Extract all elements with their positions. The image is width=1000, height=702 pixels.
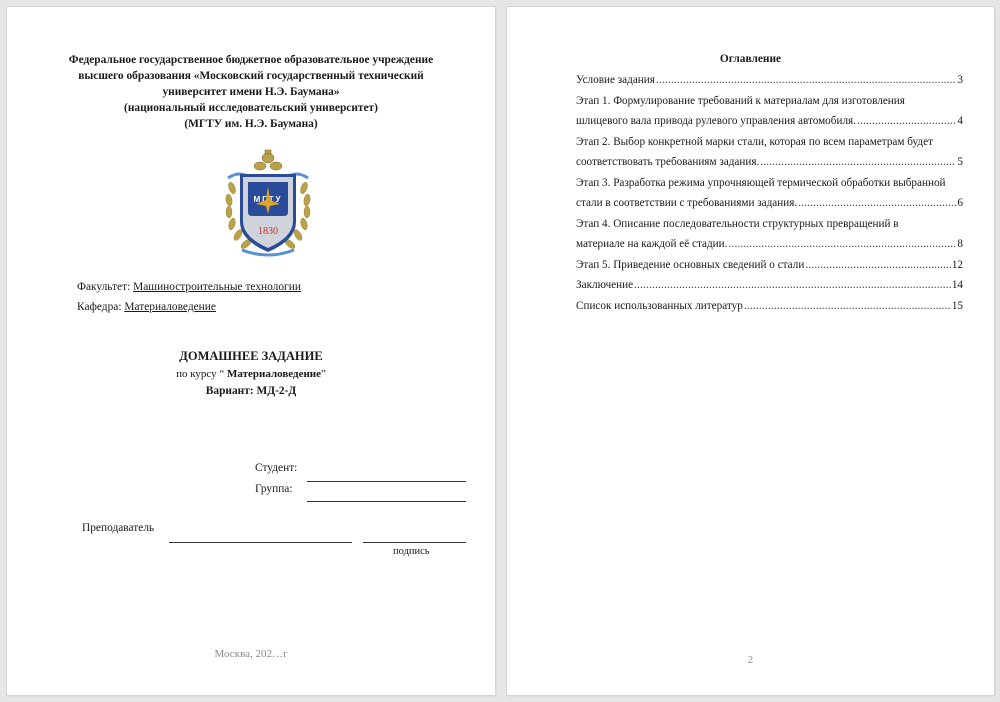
org-header-line: высшего образования «Московский государс… [7,68,495,84]
org-header-line: (национальный исследовательский универси… [7,100,495,116]
group-label: Группа: [255,483,293,495]
toc-entry-title-line: Этап 4. Описание последовательности стру… [576,214,963,235]
toc-entry[interactable]: Этап 3. Разработка режима упрочняющей те… [576,173,963,214]
toc-entry-title: Условие задания [576,70,655,91]
toc-entry-title-line: Этап 1. Формулирование требований к мате… [576,91,963,112]
course-suffix: ” [321,368,326,380]
toc-leader-dots: ........................................… [728,234,956,255]
toc-entry[interactable]: Заключение..............................… [576,275,963,296]
page-number: 2 [507,654,994,666]
student-name-line [307,481,466,482]
toc-leader-dots: ........................................… [805,255,950,276]
teacher-name-line [169,542,352,543]
toc-entry-title: стали в соответствии с требованиями зада… [576,193,797,214]
student-label: Студент: [255,462,297,474]
toc-entry-page: 5 [957,152,963,173]
assignment-title: ДОМАШНЕЕ ЗАДАНИЕ [7,349,495,364]
toc-entry[interactable]: Условие задания.........................… [576,70,963,91]
assignment-variant: Вариант: МД-2-Д [7,385,495,397]
table-of-contents: Условие задания.........................… [576,70,963,316]
toc-entry-page: 4 [957,111,963,132]
toc-entry-title-line: Этап 3. Разработка режима упрочняющей те… [576,173,963,194]
faculty-field: Факультет: Машиностроительные технологии [77,281,301,293]
faculty-label: Факультет: [77,281,130,293]
toc-entry[interactable]: Список использованных литератур ........… [576,296,963,317]
toc-entry-title: материале на каждой её стадии. [576,234,727,255]
toc-entry-page: 12 [952,255,963,276]
footer-city-year: Москва, 202…г [7,648,495,660]
toc-entry-page: 14 [952,275,963,296]
toc-entry[interactable]: Этап 5. Приведение основных сведений о с… [576,255,963,276]
teacher-label: Преподаватель [82,522,154,534]
toc-page: Оглавление Условие задания..............… [507,7,994,695]
department-label: Кафедра: [77,301,122,313]
faculty-value: Машиностроительные технологии [133,281,301,293]
toc-entry[interactable]: Этап 2. Выбор конкретной марки стали, ко… [576,132,963,173]
title-page: Федеральное государственное бюджетное об… [7,7,495,695]
toc-leader-dots: ........................................… [744,296,951,317]
toc-entry[interactable]: Этап 4. Описание последовательности стру… [576,214,963,255]
toc-title: Оглавление [507,53,994,65]
toc-leader-dots: ........................................… [798,193,956,214]
toc-entry-title-line: Этап 2. Выбор конкретной марки стали, ко… [576,132,963,153]
assignment-course: по курсу “ Материаловедение” [7,368,495,380]
toc-entry-title: Этап 5. Приведение основных сведений о с… [576,255,804,276]
toc-entry-title: Список использованных литератур [576,296,743,317]
course-name: Материаловедение [227,368,321,380]
toc-leader-dots: ........................................… [760,152,956,173]
toc-entry-page: 15 [952,296,963,317]
toc-entry-page: 8 [957,234,963,255]
toc-leader-dots: ........................................… [634,275,951,296]
toc-entry-title: шлицевого вала привода рулевого управлен… [576,111,856,132]
toc-entry-title: Заключение [576,275,633,296]
department-field: Кафедра: Материаловедение [77,301,216,313]
toc-entry[interactable]: Этап 1. Формулирование требований к мате… [576,91,963,132]
toc-leader-dots: ........................................… [656,70,956,91]
course-prefix: по курсу “ [176,368,227,380]
toc-entry-title: соответствовать требованиям задания. [576,152,759,173]
org-header-line: университет имени Н.Э. Баумана» [7,84,495,100]
toc-entry-page: 6 [957,193,963,214]
svg-text:1830: 1830 [258,226,278,237]
org-header-line: Федеральное государственное бюджетное об… [7,52,495,68]
mgtu-crest-icon: МГТУ 1830 [222,148,314,260]
organization-header: Федеральное государственное бюджетное об… [7,52,495,132]
signature-line [363,542,466,543]
group-line [307,501,466,502]
toc-leader-dots: ........................................… [857,111,956,132]
signature-caption: подпись [393,546,430,557]
toc-entry-page: 3 [957,70,963,91]
org-header-line: (МГТУ им. Н.Э. Баумана) [7,116,495,132]
department-value: Материаловедение [124,301,216,313]
